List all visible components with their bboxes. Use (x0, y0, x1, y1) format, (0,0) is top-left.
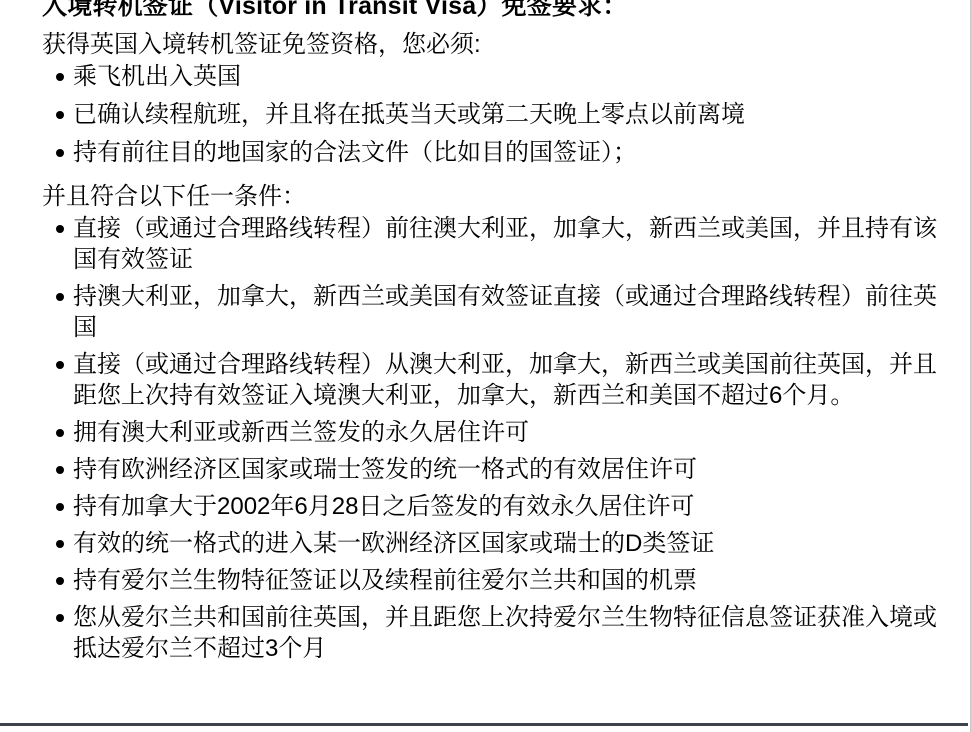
bullet-icon (56, 149, 64, 157)
list-item: 持有加拿大于2002年6月28日之后签发的有效永久居住许可 (42, 491, 945, 522)
requirements-list: 乘飞机出入英国已确认续程航班，并且将在抵英当天或第二天晚上零点以前离境持有前往目… (42, 61, 950, 169)
bullet-icon (56, 540, 64, 548)
conditions-list: 直接（或通过合理路线转程）前往澳大利亚，加拿大，新西兰或美国，并且持有该国有效签… (42, 213, 950, 664)
list-item-text: 持澳大利亚，加拿大，新西兰或美国有效签证直接（或通过合理路线转程）前往英国 (73, 283, 937, 341)
list-item: 持有欧洲经济区国家或瑞士签发的统一格式的有效居住许可 (42, 454, 945, 485)
list-item-text: 您从爱尔兰共和国前往英国，并且距您上次持爱尔兰生物特征信息签证获准入境或抵达爱尔… (73, 604, 937, 662)
bottom-divider (0, 723, 968, 726)
list-item: 持有前往目的地国家的合法文件（比如目的国签证）； (42, 137, 945, 169)
bullet-icon (56, 293, 64, 301)
list-item-text: 拥有澳大利亚或新西兰签发的永久居住许可 (73, 419, 529, 446)
list-item: 已确认续程航班，并且将在抵英当天或第二天晚上零点以前离境 (42, 99, 945, 131)
list-item: 您从爱尔兰共和国前往英国，并且距您上次持爱尔兰生物特征信息签证获准入境或抵达爱尔… (42, 602, 945, 664)
bullet-icon (56, 614, 64, 622)
bullet-icon (56, 361, 64, 369)
list-item-text: 已确认续程航班，并且将在抵英当天或第二天晚上零点以前离境 (73, 101, 745, 128)
list-item: 持澳大利亚，加拿大，新西兰或美国有效签证直接（或通过合理路线转程）前往英国 (42, 281, 945, 343)
list-item-text: 乘飞机出入英国 (73, 63, 241, 90)
bullet-icon (56, 111, 64, 119)
transit-visa-document: 入境转机签证（Visitor in Transit Visa）免签要求： 获得英… (0, 0, 971, 732)
intro-paragraph: 获得英国入境转机签证免签资格，您必须: (42, 29, 950, 61)
conditions-intro-paragraph: 并且符合以下任一条件： (42, 181, 950, 213)
bullet-icon (56, 225, 64, 233)
bullet-icon (56, 577, 64, 585)
list-item-text: 直接（或通过合理路线转程）前往澳大利亚，加拿大，新西兰或美国，并且持有该国有效签… (73, 215, 937, 273)
page-title: 入境转机签证（Visitor in Transit Visa）免签要求： (42, 0, 950, 21)
bullet-icon (56, 503, 64, 511)
list-item: 有效的统一格式的进入某一欧洲经济区国家或瑞士的D类签证 (42, 528, 945, 559)
list-item-text: 有效的统一格式的进入某一欧洲经济区国家或瑞士的D类签证 (73, 530, 714, 557)
list-item-text: 持有爱尔兰生物特征签证以及续程前往爱尔兰共和国的机票 (73, 567, 697, 594)
list-item-text: 持有欧洲经济区国家或瑞士签发的统一格式的有效居住许可 (73, 456, 697, 483)
list-item-text: 持有前往目的地国家的合法文件（比如目的国签证）； (73, 139, 637, 166)
list-item-text: 持有加拿大于2002年6月28日之后签发的有效永久居住许可 (73, 493, 694, 520)
list-item-text: 直接（或通过合理路线转程）从澳大利亚，加拿大，新西兰或美国前往英国，并且距您上次… (73, 351, 937, 409)
list-item: 拥有澳大利亚或新西兰签发的永久居住许可 (42, 417, 945, 448)
list-item: 持有爱尔兰生物特征签证以及续程前往爱尔兰共和国的机票 (42, 565, 945, 596)
bullet-icon (56, 429, 64, 437)
article-body: 入境转机签证（Visitor in Transit Visa）免签要求： 获得英… (42, 0, 950, 664)
bullet-icon (56, 73, 64, 81)
list-item: 直接（或通过合理路线转程）前往澳大利亚，加拿大，新西兰或美国，并且持有该国有效签… (42, 213, 945, 275)
list-item: 乘飞机出入英国 (42, 61, 945, 93)
bullet-icon (56, 466, 64, 474)
list-item: 直接（或通过合理路线转程）从澳大利亚，加拿大，新西兰或美国前往英国，并且距您上次… (42, 349, 945, 411)
